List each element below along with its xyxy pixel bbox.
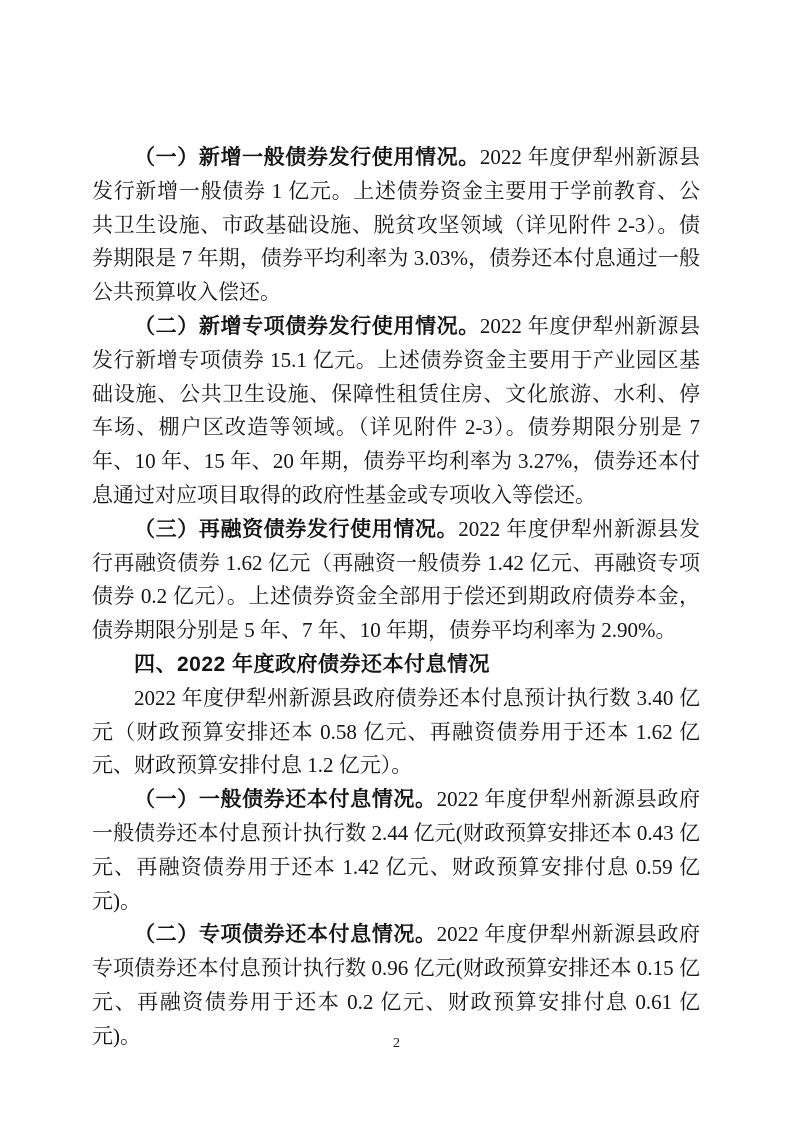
- paragraph-lead: （二）专项债券还本付息情况。: [134, 922, 437, 946]
- paragraph-text: 2022 年度伊犁州新源县发行新增专项债券 15.1 亿元。上述债券资金主要用于…: [92, 314, 700, 507]
- paragraph-special-bond-repayment: （二）专项债券还本付息情况。2022 年度伊犁州新源县政府专项债券还本付息预计执…: [92, 918, 700, 1053]
- page-number: 2: [0, 1036, 793, 1052]
- paragraph-lead: （三）再融资债券发行使用情况。: [134, 517, 458, 541]
- paragraph-lead: （一）一般债券还本付息情况。: [134, 787, 437, 811]
- paragraph-lead: （二）新增专项债券发行使用情况。: [134, 314, 480, 338]
- paragraph-repayment-overview: 2022 年度伊犁州新源县政府债券还本付息预计执行数 3.40 亿元（财政预算安…: [92, 682, 700, 783]
- paragraph-general-bond-repayment: （一）一般债券还本付息情况。2022 年度伊犁州新源县政府一般债券还本付息预计执…: [92, 783, 700, 918]
- paragraph-lead: （一）新增一般债券发行使用情况。: [134, 145, 480, 169]
- paragraph-new-special-bonds: （二）新增专项债券发行使用情况。2022 年度伊犁州新源县发行新增专项债券 15…: [92, 310, 700, 513]
- document-page: （一）新增一般债券发行使用情况。2022 年度伊犁州新源县发行新增一般债券 1 …: [0, 0, 793, 1122]
- paragraph-refinancing-bonds: （三）再融资债券发行使用情况。2022 年度伊犁州新源县发行再融资债券 1.62…: [92, 513, 700, 648]
- document-body: （一）新增一般债券发行使用情况。2022 年度伊犁州新源县发行新增一般债券 1 …: [92, 141, 700, 1054]
- paragraph-new-general-bonds: （一）新增一般债券发行使用情况。2022 年度伊犁州新源县发行新增一般债券 1 …: [92, 141, 700, 310]
- section-heading-repayment: 四、2022 年度政府债券还本付息情况: [92, 648, 700, 682]
